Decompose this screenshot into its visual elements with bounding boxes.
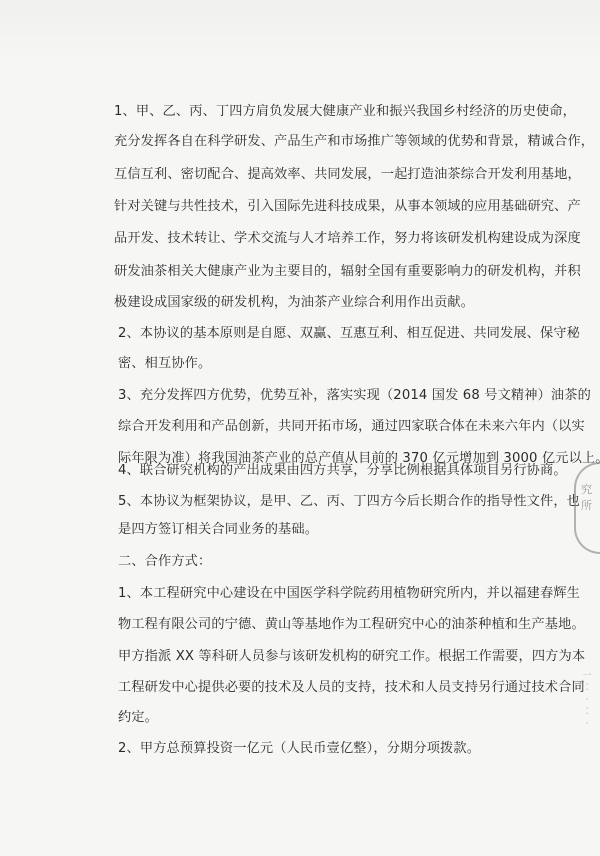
paragraph-line: 约定。: [118, 709, 158, 727]
paragraph-line: 品开发、技术转让、学术交流与人才培养工作，努力将该研发机构建设成为深度: [114, 230, 581, 248]
paragraph-line: 2、甲方总预算投资一亿元（人民币壹亿整），分期分项拨款。: [118, 740, 480, 758]
seal-mark: ·: [580, 694, 594, 706]
seal-mark: ·: [580, 718, 594, 730]
section-heading: 二、合作方式：: [118, 553, 211, 571]
stamp-glyph: 所: [581, 498, 600, 514]
paragraph-line: 综合开发利用和产品创新，共同开拓市场，通过四家联合体在未来六年内（以实: [118, 418, 585, 436]
stamp-glyph: 究: [581, 482, 600, 498]
paragraph-line: 4、联合研究机构的产出成果由四方共享，分享比例根据具体项目另行协商。: [118, 462, 567, 480]
paragraph-line: 5、本协议为框架协议，是甲、乙、丙、丁四方今后长期合作的指导性文件，也: [118, 493, 580, 511]
paragraph-line: 是四方签订相关合同业务的基础。: [118, 521, 318, 539]
perforation-seal-marks: 一 ⁚ · ⁚ ·: [580, 670, 594, 780]
official-seal-stamp: 究 所: [574, 462, 600, 554]
paragraph-line: 物工程有限公司的宁德、黄山等基地作为工程研究中心的油茶种植和生产基地。: [118, 616, 585, 634]
paragraph-line: 研发油茶相关大健康产业为主要目的，辐射全国有重要影响力的研发机构，并积: [114, 263, 581, 281]
document-page: 1、甲、乙、丙、丁四方肩负发展大健康产业和振兴我国乡村经济的历史使命， 充分发挥…: [0, 0, 600, 856]
seal-mark: ⁚: [580, 682, 594, 694]
paragraph-line: 充分发挥各自在科学研发、产品生产和市场推广等领域的优势和背景，精诚合作，: [114, 133, 594, 151]
paragraph-line: 极建设成国家级的研发机构，为油茶产业综合利用作出贡献。: [114, 294, 474, 312]
paragraph-line: 互信互利、密切配合、提高效率、共同发展，一起打造油茶综合开发利用基地，: [114, 166, 581, 184]
paragraph-line: 密、相互协作。: [118, 355, 211, 373]
seal-mark: 一: [580, 670, 594, 682]
seal-mark: ⁚: [580, 706, 594, 718]
paragraph-line: 1、甲、乙、丙、丁四方肩负发展大健康产业和振兴我国乡村经济的历史使命，: [114, 103, 576, 121]
paragraph-line: 1、本工程研究中心建设在中国医学科学院药用植物研究所内，并以福建春辉生: [118, 585, 580, 603]
paragraph-line: 3、充分发挥四方优势，优势互补，落实实现（2014 国发 68 号文精神）油茶的: [118, 387, 591, 405]
paragraph-line: 工程研发中心提供必要的技术及人员的支持，技术和人员支持另行通过技术合同: [118, 679, 585, 697]
paragraph-line: 针对关键与共性技术，引入国际先进科技成果，从事本领域的应用基础研究、产: [114, 198, 581, 216]
paragraph-line: 2、本协议的基本原则是自愿、双赢、互惠互利、相互促进、共同发展、保守秘: [118, 325, 580, 343]
paragraph-line: 甲方指派 XX 等科研人员参与该研发机构的研究工作。根据工作需要，四方为本: [118, 648, 585, 666]
